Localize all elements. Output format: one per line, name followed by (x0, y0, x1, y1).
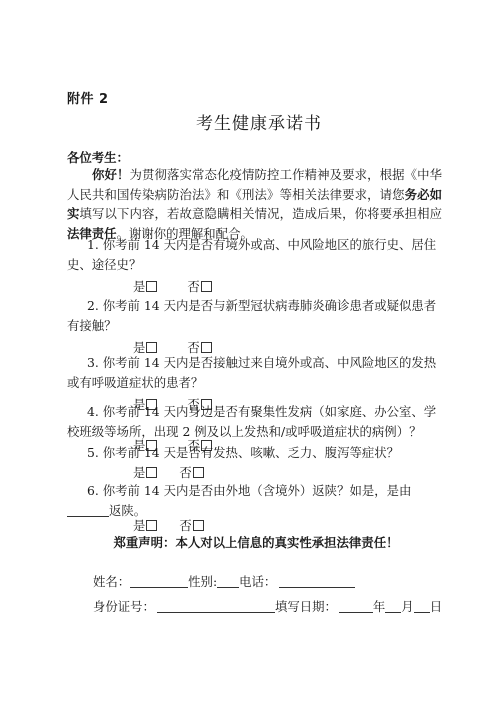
yes-checkbox[interactable] (146, 520, 157, 531)
greeting: 各位考生： (67, 148, 129, 166)
id-date-row: 身份证号：填写日期：年月日 (93, 597, 442, 615)
question-text: 你考前 14 天内是否与新型冠状病毒肺炎确诊患者或疑似患者有接触？ (67, 298, 436, 333)
date-label: 填写日期： (275, 599, 337, 614)
question-number: 2. (87, 298, 99, 313)
question-number: 1. (87, 237, 99, 252)
yes-checkbox[interactable] (146, 342, 157, 353)
yes-checkbox[interactable] (146, 281, 157, 292)
question-5-answer: 是 否 (133, 463, 204, 481)
yes-option[interactable]: 是 (133, 463, 157, 481)
name-field[interactable] (130, 575, 188, 588)
question-6-answer: 是 否 (133, 516, 204, 534)
question-3: 3. 你考前 14 天内是否接触过来自境外或高、中风险地区的发热或有呼吸道症状的… (67, 353, 442, 392)
yes-label: 是 (133, 277, 145, 295)
phone-label: 电话： (239, 574, 276, 589)
question-2: 2. 你考前 14 天内是否与新型冠状病毒肺炎确诊患者或疑似患者有接触？ (67, 296, 442, 335)
question-6: 6. 你考前 14 天内是否由外地（含境外）返陕？如是，是由返陕。 (67, 481, 442, 520)
yes-checkbox[interactable] (146, 467, 157, 478)
day-label: 日 (430, 599, 442, 614)
no-option[interactable]: 否 (187, 277, 211, 295)
name-label: 姓名： (93, 574, 130, 589)
intro-paragraph: 你好！为贯彻落实常态化疫情防控工作精神及要求，根据《中华人民共和国传染病防治法》… (67, 165, 442, 243)
question-text: 你考前 14 天是否有发热、咳嗽、乏力、腹泻等症状？ (103, 445, 399, 460)
question-text: 你考前 14 天内是否有境外或高、中风险地区的旅行史、居住史、途径史？ (67, 237, 436, 272)
question-number: 6. (87, 483, 99, 498)
commitment-form-page: 附件 2 考生健康承诺书 各位考生： 你好！为贯彻落实常态化疫情防控工作精神及要… (0, 0, 500, 707)
question-text: 你考前 14 天内是否接触过来自境外或高、中风险地区的发热或有呼吸道症状的患者？ (67, 355, 436, 390)
gender-field[interactable] (217, 575, 239, 588)
yes-label: 是 (133, 516, 145, 534)
no-label: 否 (187, 277, 199, 295)
question-1-answer: 是 否 (133, 277, 212, 295)
no-label: 否 (179, 463, 191, 481)
no-checkbox[interactable] (193, 467, 204, 478)
id-number-field[interactable] (157, 600, 275, 613)
no-checkbox[interactable] (193, 520, 204, 531)
year-label: 年 (373, 599, 385, 614)
no-checkbox[interactable] (201, 281, 212, 292)
yes-option[interactable]: 是 (133, 277, 157, 295)
document-title: 考生健康承诺书 (0, 109, 500, 134)
question-1: 1. 你考前 14 天内是否有境外或高、中风险地区的旅行史、居住史、途径史？ (67, 235, 442, 274)
month-label: 月 (401, 599, 413, 614)
origin-blank-field[interactable] (67, 504, 109, 517)
no-label: 否 (179, 516, 191, 534)
no-checkbox[interactable] (201, 342, 212, 353)
year-field[interactable] (339, 600, 373, 613)
intro-text-2: 填写以下内容，若故意隐瞒相关情况，造成后果，你将要承担相应 (80, 206, 443, 221)
intro-lead: 你好！ (92, 167, 130, 182)
id-number-label: 身份证号： (93, 599, 155, 614)
personal-info-row: 姓名：性别:电话： (93, 572, 355, 590)
question-number: 5. (87, 445, 99, 460)
solemn-declaration: 郑重声明：本人对以上信息的真实性承担法律责任！ (0, 533, 500, 551)
question-text: 你考前 14 天内身边是否有聚集性发病（如家庭、办公室、学校班级等场所，出现 2… (67, 404, 436, 439)
month-field[interactable] (385, 600, 401, 613)
question-text: 你考前 14 天内是否由外地（含境外）返陕？如是，是由 (103, 483, 412, 498)
question-number: 4. (87, 404, 99, 419)
no-option[interactable]: 否 (179, 463, 203, 481)
day-field[interactable] (414, 600, 430, 613)
gender-label: 性别: (188, 574, 217, 589)
question-number: 3. (87, 355, 99, 370)
question-5: 5. 你考前 14 天是否有发热、咳嗽、乏力、腹泻等症状？ (67, 443, 442, 463)
yes-option[interactable]: 是 (133, 516, 157, 534)
annex-label: 附件 2 (67, 88, 109, 107)
yes-label: 是 (133, 463, 145, 481)
no-option[interactable]: 否 (179, 516, 203, 534)
question-4: 4. 你考前 14 天内身边是否有聚集性发病（如家庭、办公室、学校班级等场所，出… (67, 402, 442, 441)
phone-field[interactable] (279, 575, 355, 588)
